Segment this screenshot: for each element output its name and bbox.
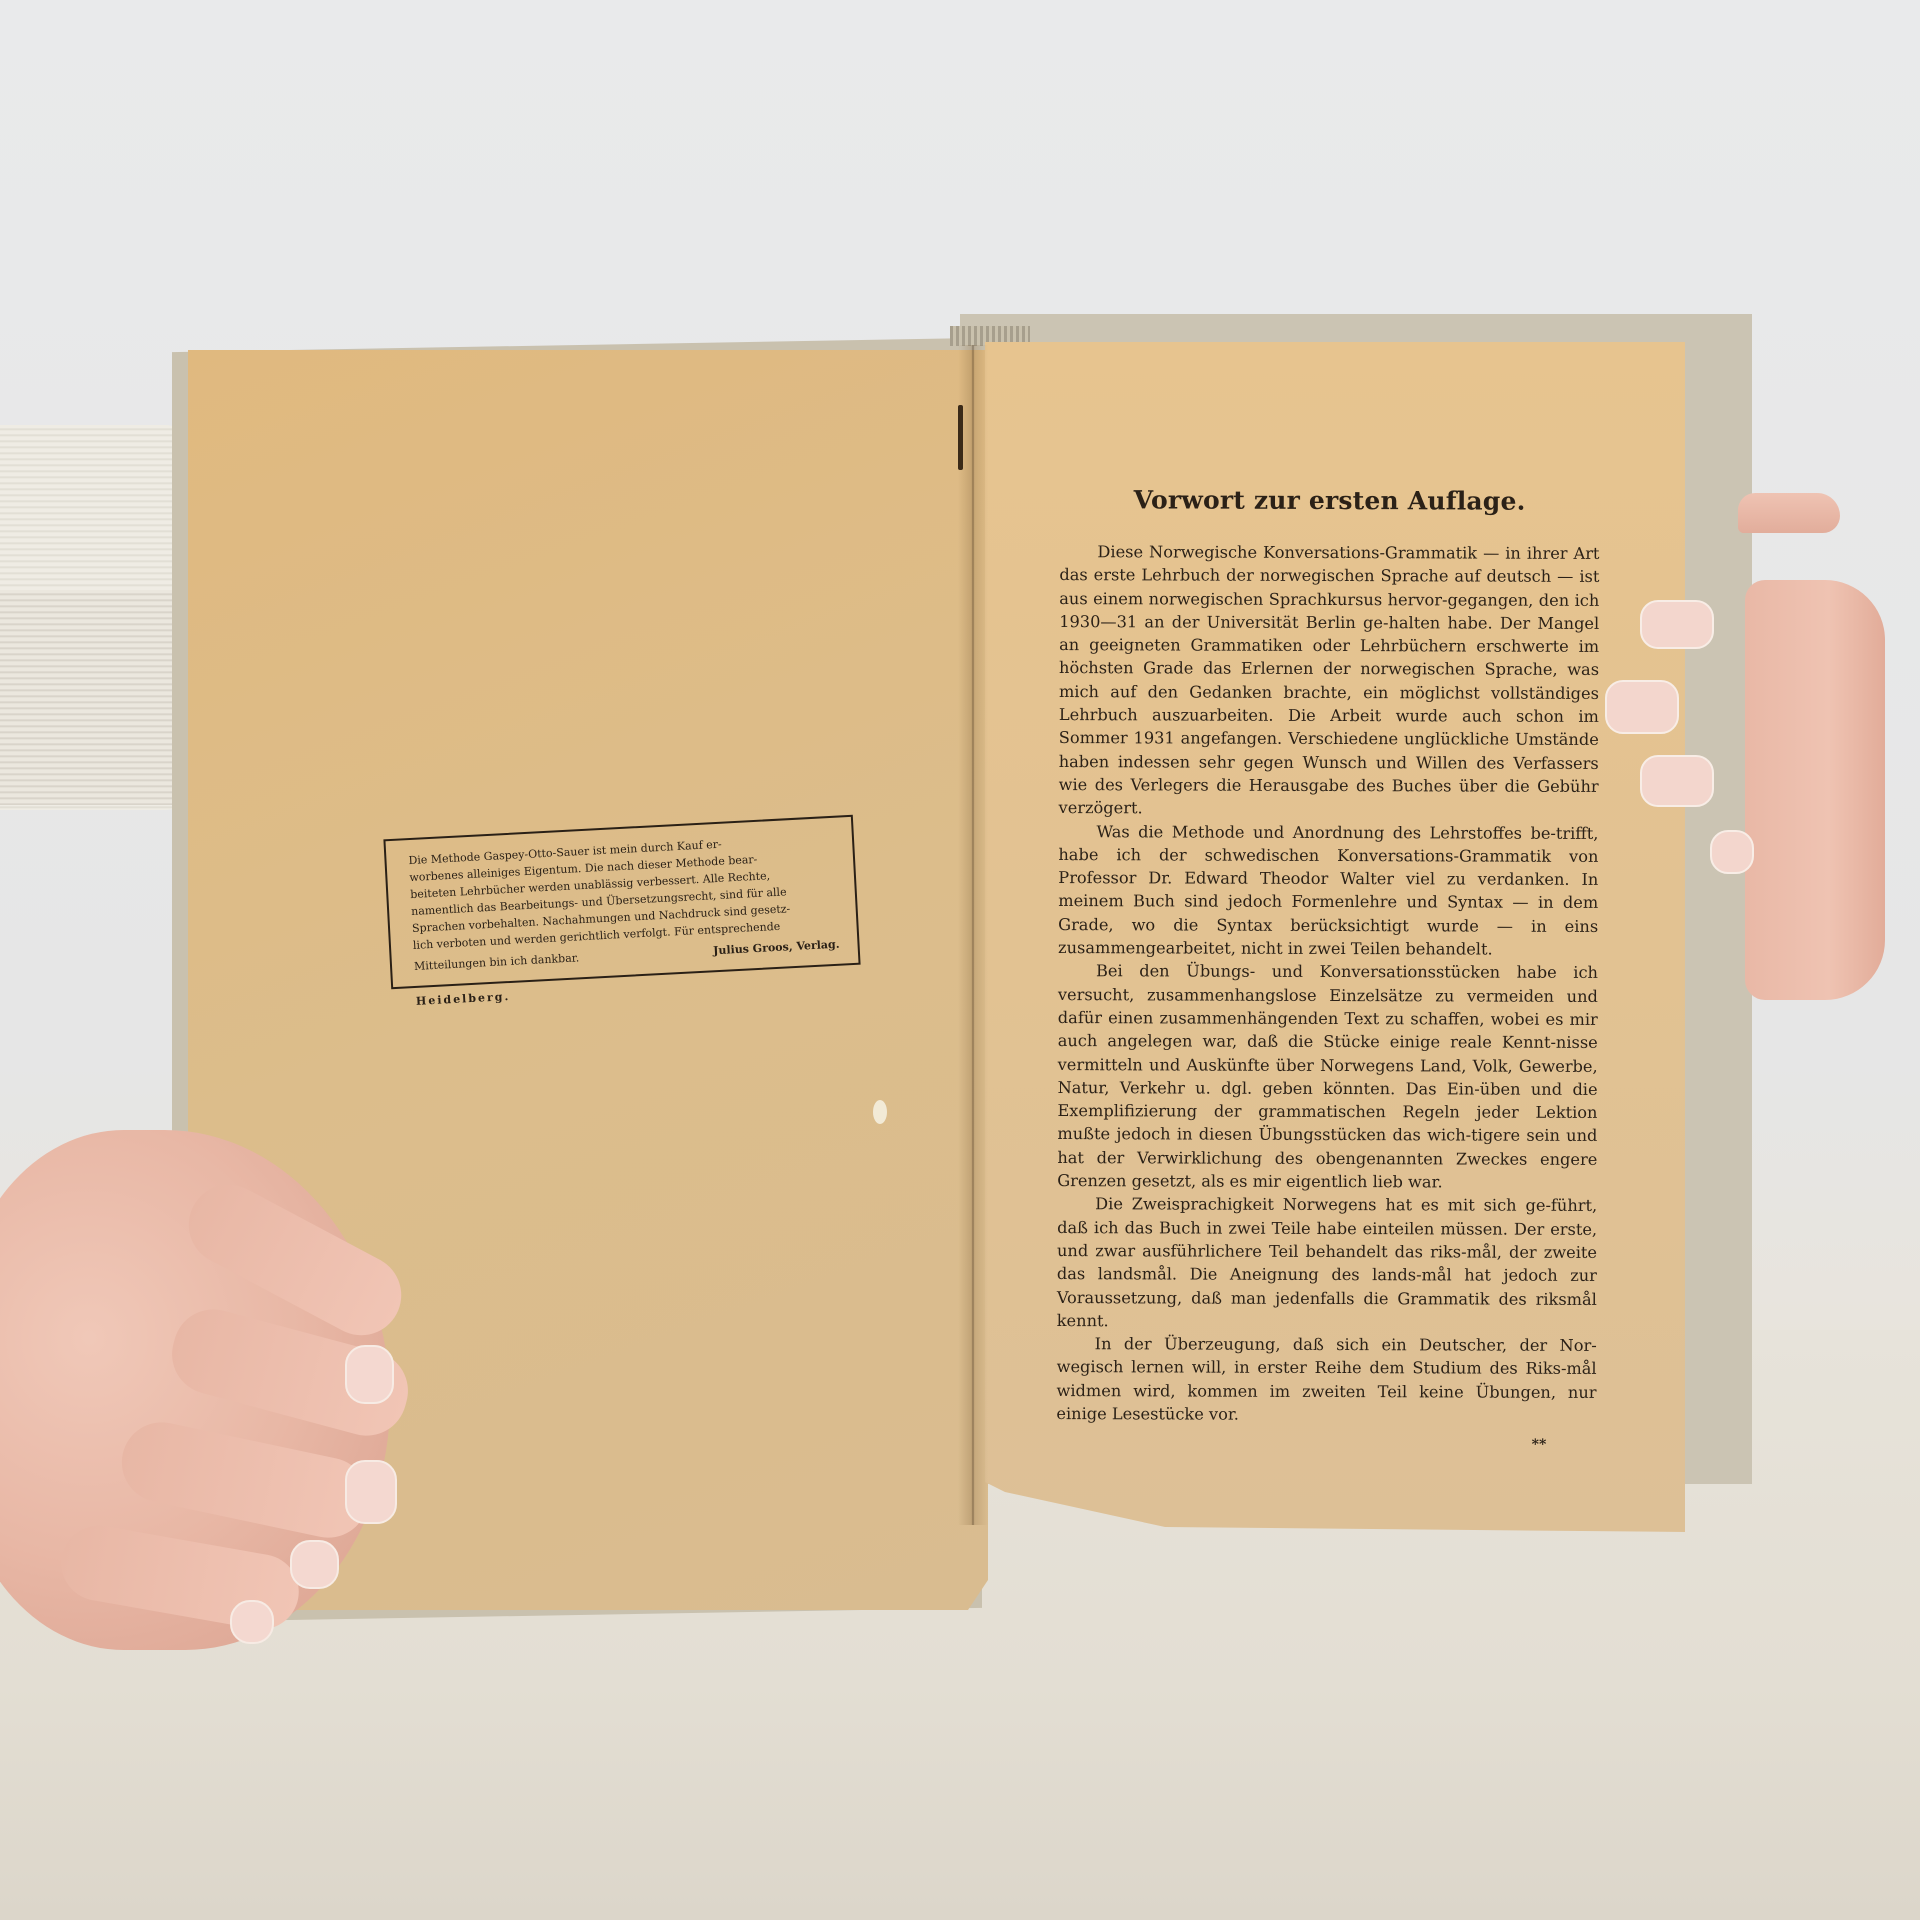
- preface: Vorwort zur ersten Auflage. Diese Norweg…: [1056, 485, 1599, 1453]
- publisher-notice: Die Methode Gaspey-Otto-Sauer ist mein d…: [383, 815, 860, 989]
- preface-paragraph: Was die Methode und Anordnung des Lehrst…: [1058, 820, 1598, 962]
- right-thumb: [1738, 493, 1840, 533]
- fingernail: [1605, 680, 1679, 734]
- preface-paragraph: Bei den Übungs- und Konversationsstücken…: [1057, 959, 1598, 1194]
- signature-mark: **: [1056, 1435, 1596, 1453]
- fingernail: [1640, 755, 1714, 807]
- preface-paragraph: Diese Norwegische Konversations-Grammati…: [1059, 540, 1600, 821]
- right-hand: [1745, 580, 1885, 1000]
- preface-paragraph: In der Überzeugung, daß sich ein Deutsch…: [1056, 1332, 1596, 1427]
- fingernail: [1710, 830, 1754, 874]
- fingernail: [290, 1540, 339, 1589]
- sweater-cuff: [0, 590, 195, 805]
- fingernail: [345, 1345, 394, 1404]
- preface-paragraph: Die Zweisprachigkeit Norwegens hat es mi…: [1057, 1192, 1597, 1334]
- publisher-name: Julius Groos, Verlag.: [713, 936, 840, 960]
- fingernail: [230, 1600, 274, 1644]
- preface-heading: Vorwort zur ersten Auflage.: [1060, 485, 1600, 516]
- book-gutter: [958, 345, 988, 1525]
- fingernail: [1640, 600, 1714, 649]
- gutter-tear: [958, 405, 963, 470]
- paper-spot: [873, 1100, 887, 1124]
- fingernail: [345, 1460, 397, 1524]
